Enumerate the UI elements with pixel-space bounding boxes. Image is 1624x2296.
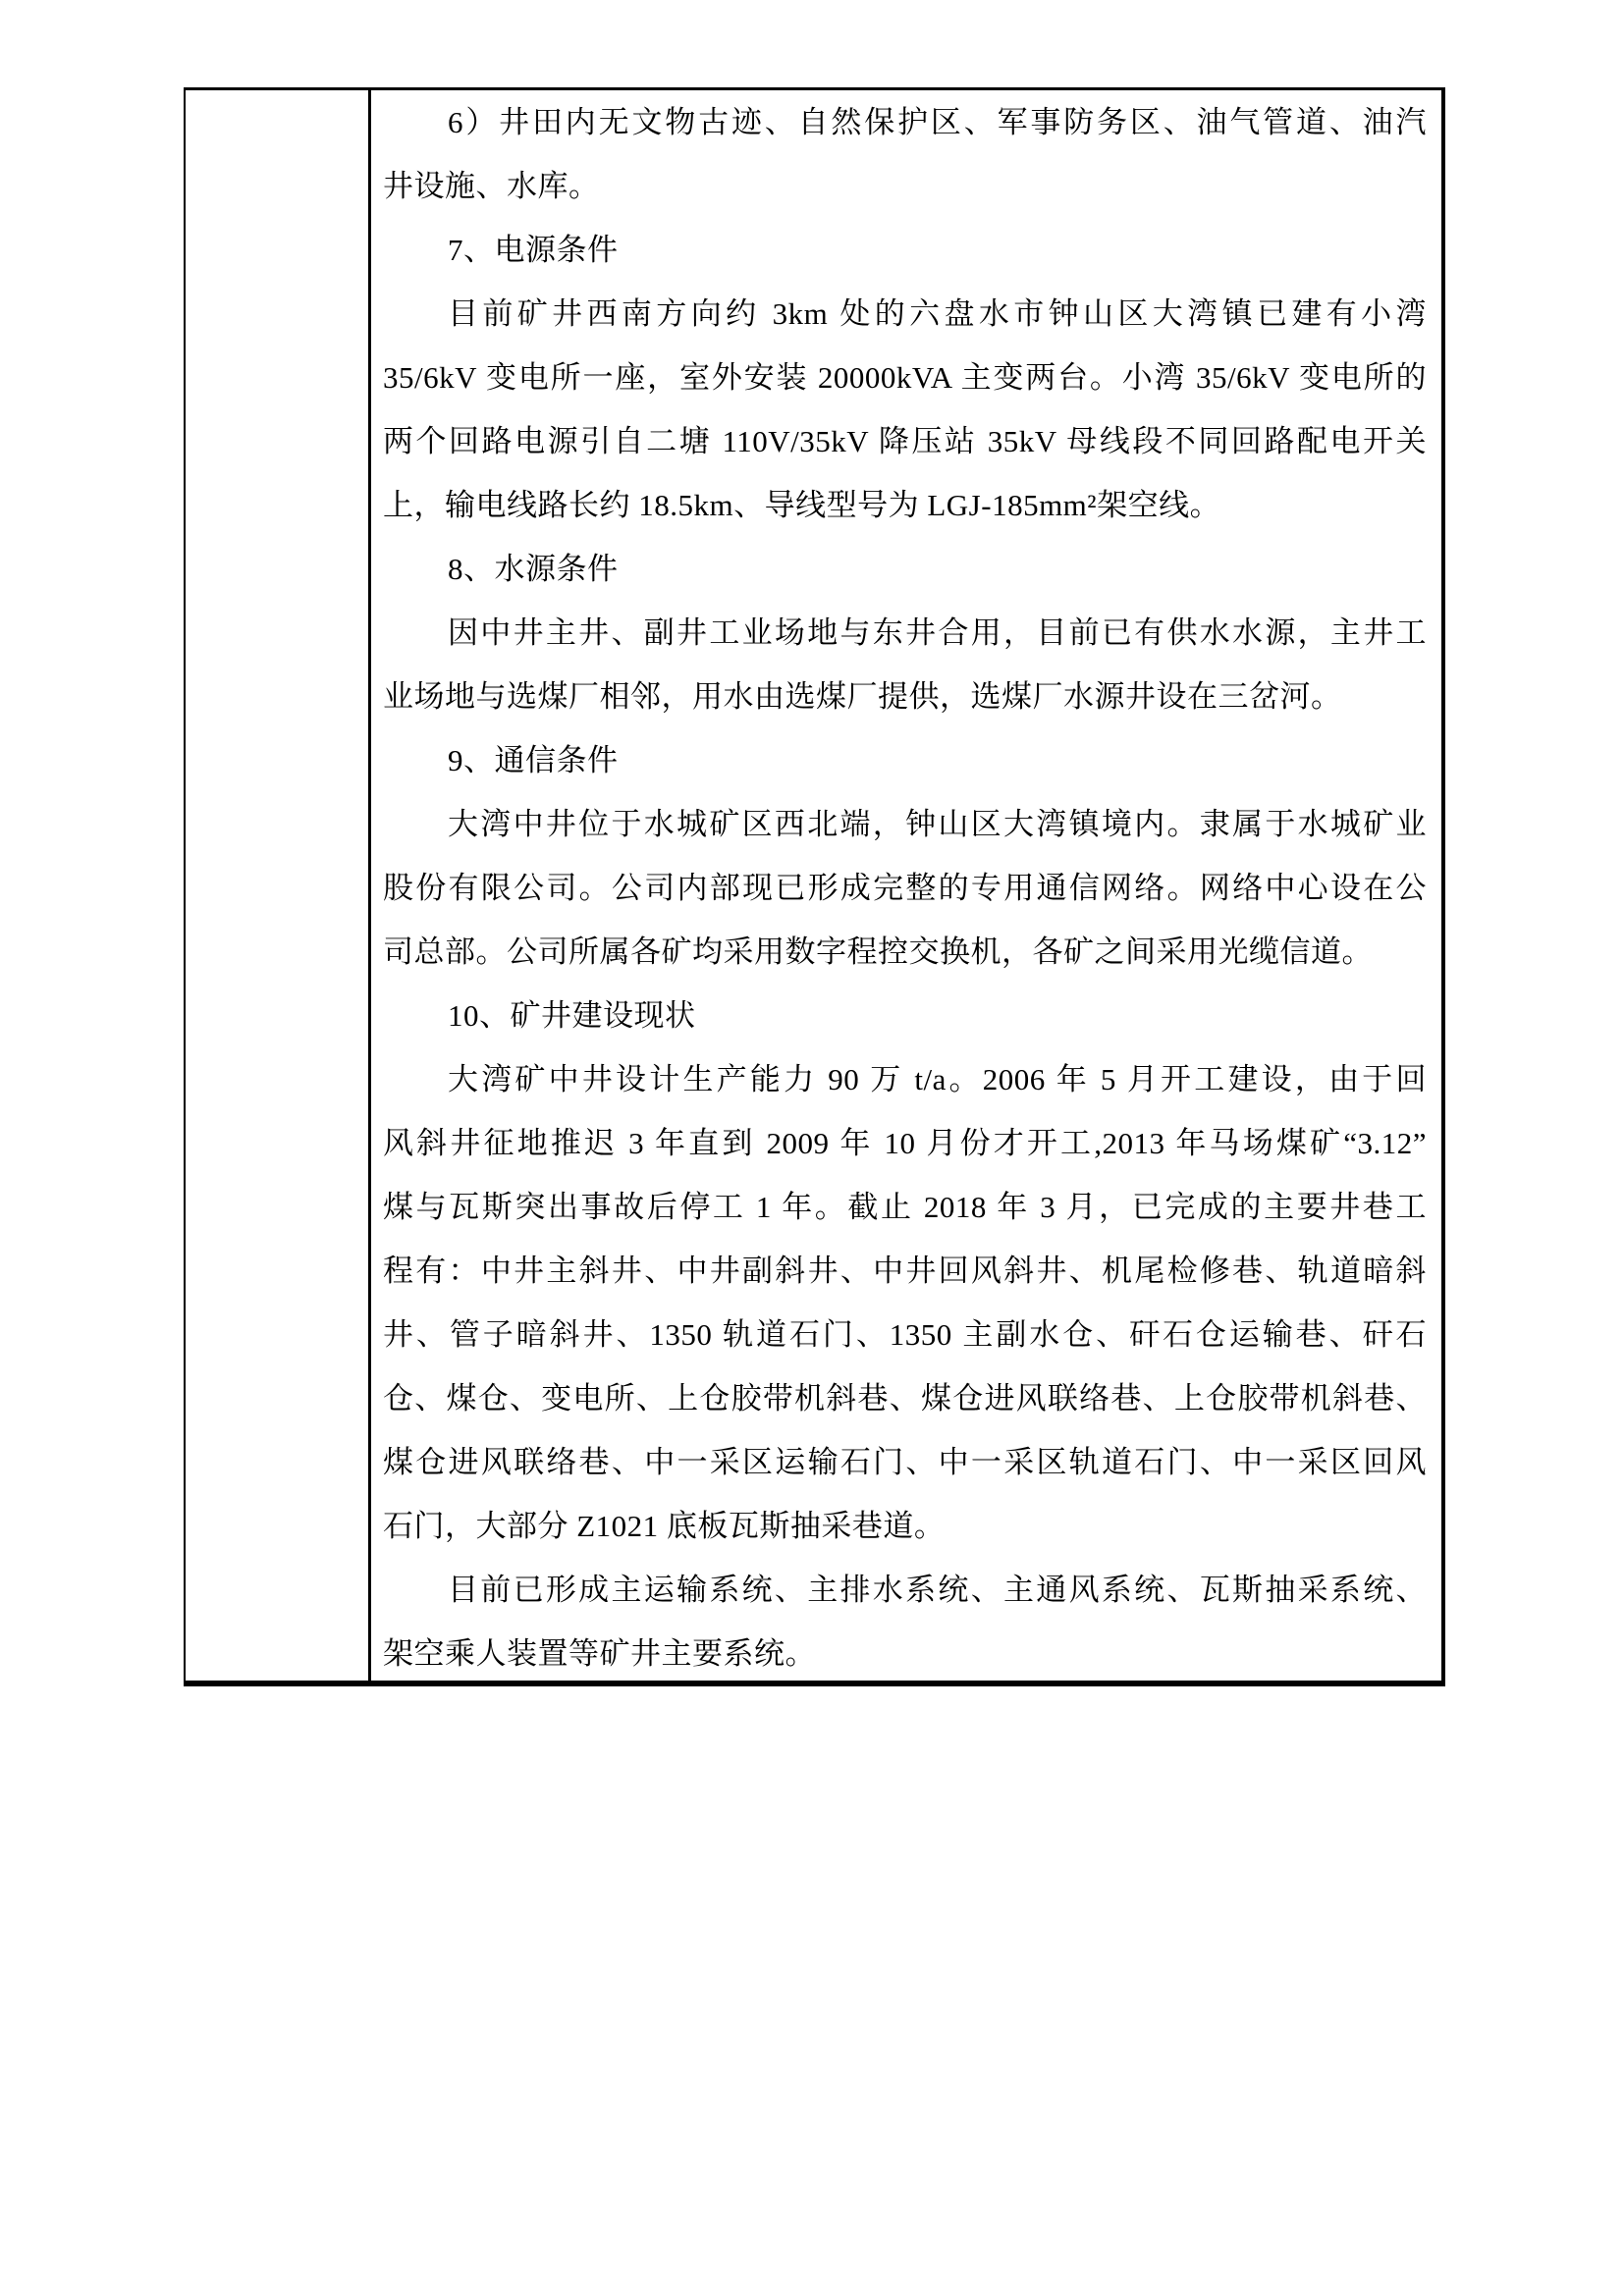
text-line: 煤与瓦斯突出事故后停工 1 年。截止 2018 年 3 月，已完成的主要井巷工 [383,1175,1427,1239]
text-line: 上，输电线路长约 18.5km、导线型号为 LGJ-185mm²架空线。 [383,473,1427,537]
document-table: 6）井田内无文物古迹、自然保护区、军事防务区、油气管道、油汽井设施、水库。7、电… [184,87,1445,1686]
text-line: 煤仓进风联络巷、中一采区运输石门、中一采区轨道石门、中一采区回风 [383,1430,1427,1494]
text-line: 业场地与选煤厂相邻，用水由选煤厂提供，选煤厂水源井设在三岔河。 [383,665,1427,728]
text-line: 9、通信条件 [383,728,1427,792]
text-line: 架空乘人装置等矿井主要系统。 [383,1622,1427,1681]
text-line: 仓、煤仓、变电所、上仓胶带机斜巷、煤仓进风联络巷、上仓胶带机斜巷、 [383,1366,1427,1430]
text-line: 大湾矿中井设计生产能力 90 万 t/a。2006 年 5 月开工建设，由于回 [383,1047,1427,1111]
text-line: 井、管子暗斜井、1350 轨道石门、1350 主副水仓、矸石仓运输巷、矸石 [383,1303,1427,1366]
text-line: 8、水源条件 [383,537,1427,601]
main-cell-text-lines: 6）井田内无文物古迹、自然保护区、军事防务区、油气管道、油汽井设施、水库。7、电… [383,90,1427,1681]
text-line: 7、电源条件 [383,218,1427,282]
table-cell-left [186,90,371,1681]
table-cell-main: 6）井田内无文物古迹、自然保护区、军事防务区、油气管道、油汽井设施、水库。7、电… [371,90,1441,1681]
text-line: 因中井主井、副井工业场地与东井合用，目前已有供水水源，主井工 [383,601,1427,665]
text-line: 6）井田内无文物古迹、自然保护区、军事防务区、油气管道、油汽 [383,90,1427,154]
text-line: 目前矿井西南方向约 3km 处的六盘水市钟山区大湾镇已建有小湾 [383,282,1427,346]
text-line: 35/6kV 变电所一座，室外安装 20000kVA 主变两台。小湾 35/6k… [383,346,1427,409]
text-line: 大湾中井位于水城矿区西北端，钟山区大湾镇境内。隶属于水城矿业 [383,792,1427,856]
text-line: 股份有限公司。公司内部现已形成完整的专用通信网络。网络中心设在公 [383,856,1427,920]
text-line: 风斜井征地推迟 3 年直到 2009 年 10 月份才开工,2013 年马场煤矿… [383,1111,1427,1175]
document-page: { "page": { "background_color": "#ffffff… [0,0,1624,2296]
text-line: 两个回路电源引自二塘 110V/35kV 降压站 35kV 母线段不同回路配电开… [383,409,1427,473]
text-line: 程有：中井主斜井、中井副斜井、中井回风斜井、机尾检修巷、轨道暗斜 [383,1239,1427,1303]
text-line: 10、矿井建设现状 [383,984,1427,1047]
text-line: 目前已形成主运输系统、主排水系统、主通风系统、瓦斯抽采系统、 [383,1558,1427,1622]
text-line: 石门，大部分 Z1021 底板瓦斯抽采巷道。 [383,1494,1427,1558]
text-line: 司总部。公司所属各矿均采用数字程控交换机，各矿之间采用光缆信道。 [383,920,1427,984]
text-line: 井设施、水库。 [383,154,1427,218]
